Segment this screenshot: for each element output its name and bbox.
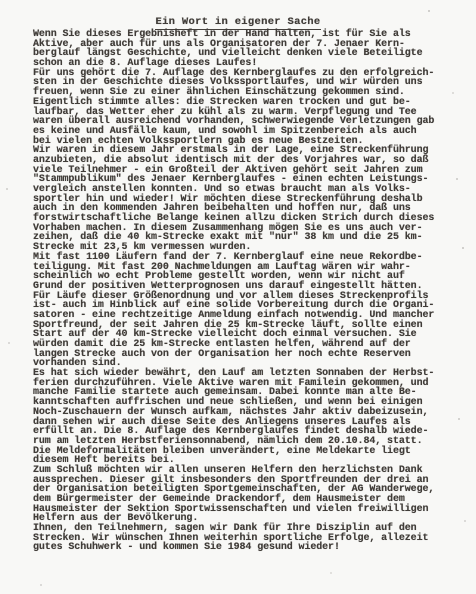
- scan-speckles: [0, 0, 2, 2]
- page-title: Ein Wort in eigener Sache: [155, 16, 320, 30]
- body-text: Wenn Sie dieses Ergebnisheft in der Hand…: [33, 30, 456, 553]
- document-page: Ein Wort in eigener Sache Wenn Sie diese…: [0, 0, 476, 594]
- text-line: gutes Schuhwerk - und kommen Sie 1984 ge…: [33, 543, 456, 553]
- title-row: Ein Wort in eigener Sache: [0, 11, 476, 30]
